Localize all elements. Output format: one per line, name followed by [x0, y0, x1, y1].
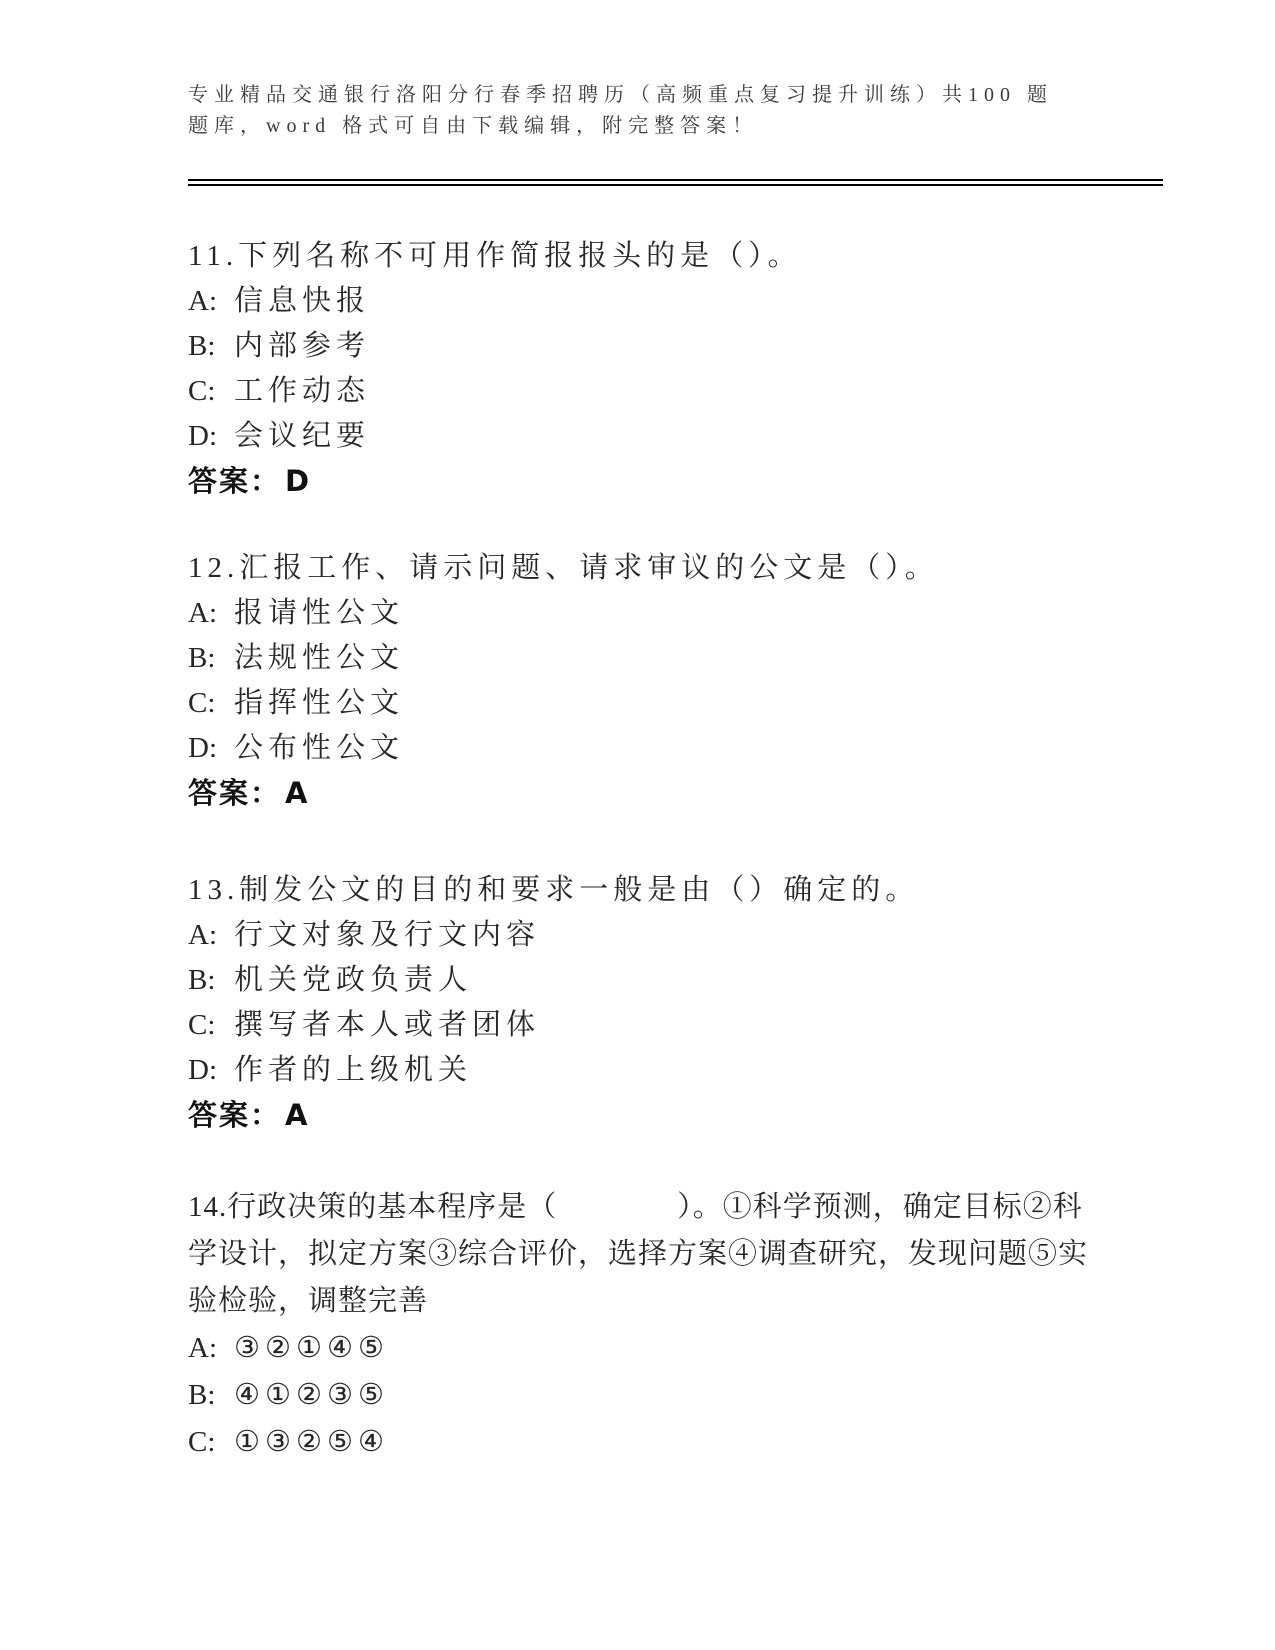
option-b-text: 内部参考: [234, 330, 370, 362]
option-c-label: C:: [188, 1003, 234, 1048]
question-14: 14.行政决策的基本程序是（ ）。①科学预测，确定目标②科 学设计，拟定方案③综…: [188, 1184, 1118, 1466]
option-b-label: B:: [188, 324, 234, 369]
option-c-text: 撰写者本人或者团体: [234, 1009, 540, 1041]
option-b-label: B:: [188, 636, 234, 681]
question-12: 12.汇报工作、请示问题、请求审议的公文是（）。 A:报请性公文 B:法规性公文…: [188, 546, 1118, 816]
option-c-label: C:: [188, 1419, 234, 1466]
question-13-text: 13.制发公文的目的和要求一般是由（）确定的。: [188, 868, 1118, 913]
question-11-option-d: D:会议纪要: [188, 414, 1118, 459]
question-13-option-b: B:机关党政负责人: [188, 958, 1118, 1003]
option-b-label: B:: [188, 958, 234, 1003]
header-title-line-2: 题库，word 格式可自由下载编辑，附完整答案！: [188, 111, 1163, 142]
question-12-answer-line: 答案：A: [188, 771, 1118, 816]
question-11: 11.下列名称不可用作简报报头的是（）。 A:信息快报 B:内部参考 C:工作动…: [188, 234, 1118, 504]
question-11-text: 11.下列名称不可用作简报报头的是（）。: [188, 234, 1118, 279]
question-12-option-c: C:指挥性公文: [188, 681, 1118, 726]
question-11-answer-line: 答案：D: [188, 459, 1118, 504]
option-c-text: 指挥性公文: [234, 687, 404, 719]
answer-label: 答案：: [188, 776, 281, 810]
question-11-option-a: A:信息快报: [188, 279, 1118, 324]
question-14-option-b: B:④①②③⑤: [188, 1372, 1118, 1419]
option-d-text: 公布性公文: [234, 732, 404, 764]
question-12-option-d: D:公布性公文: [188, 726, 1118, 771]
option-d-label: D:: [188, 1048, 234, 1093]
answer-value: D: [285, 464, 311, 498]
option-b-text: 机关党政负责人: [234, 964, 472, 996]
option-c-label: C:: [188, 681, 234, 726]
answer-value: A: [285, 776, 309, 810]
option-a-text: ③②①④⑤: [234, 1332, 389, 1364]
question-11-option-b: B:内部参考: [188, 324, 1118, 369]
question-13-answer-line: 答案：A: [188, 1093, 1118, 1138]
option-c-text: ①③②⑤④: [234, 1426, 389, 1458]
option-b-text: ④①②③⑤: [234, 1379, 389, 1411]
option-b-text: 法规性公文: [234, 642, 404, 674]
question-13-option-c: C:撰写者本人或者团体: [188, 1003, 1118, 1048]
answer-value: A: [285, 1098, 309, 1132]
question-11-option-c: C:工作动态: [188, 369, 1118, 414]
question-12-option-b: B:法规性公文: [188, 636, 1118, 681]
option-a-text: 报请性公文: [234, 597, 404, 629]
question-14-option-a: A:③②①④⑤: [188, 1325, 1118, 1372]
option-d-text: 作者的上级机关: [234, 1054, 472, 1086]
question-13-option-d: D:作者的上级机关: [188, 1048, 1118, 1093]
answer-label: 答案：: [188, 1098, 281, 1132]
option-d-label: D:: [188, 414, 234, 459]
header-double-rule: [188, 179, 1163, 186]
document-header: 专业精品交通银行洛阳分行春季招聘历（高频重点复习提升训练）共100 题 题库，w…: [188, 80, 1163, 142]
header-title-line-1: 专业精品交通银行洛阳分行春季招聘历（高频重点复习提升训练）共100 题: [188, 80, 1163, 111]
question-13-option-a: A:行文对象及行文内容: [188, 913, 1118, 958]
option-a-text: 行文对象及行文内容: [234, 919, 540, 951]
option-c-text: 工作动态: [234, 375, 370, 407]
option-c-label: C:: [188, 369, 234, 414]
option-a-label: A:: [188, 591, 234, 636]
option-a-text: 信息快报: [234, 285, 370, 317]
option-b-label: B:: [188, 1372, 234, 1419]
question-12-option-a: A:报请性公文: [188, 591, 1118, 636]
option-d-label: D:: [188, 726, 234, 771]
question-13: 13.制发公文的目的和要求一般是由（）确定的。 A:行文对象及行文内容 B:机关…: [188, 868, 1118, 1138]
option-d-text: 会议纪要: [234, 420, 370, 452]
question-14-text-line-1: 14.行政决策的基本程序是（ ）。①科学预测，确定目标②科: [188, 1184, 1118, 1231]
document-page: 专业精品交通银行洛阳分行春季招聘历（高频重点复习提升训练）共100 题 题库，w…: [0, 0, 1275, 1650]
question-14-option-c: C:①③②⑤④: [188, 1419, 1118, 1466]
question-14-text-line-3: 验检验，调整完善: [188, 1278, 1118, 1325]
question-12-text: 12.汇报工作、请示问题、请求审议的公文是（）。: [188, 546, 1118, 591]
answer-label: 答案：: [188, 464, 281, 498]
option-a-label: A:: [188, 913, 234, 958]
option-a-label: A:: [188, 1325, 234, 1372]
option-a-label: A:: [188, 279, 234, 324]
question-14-text-line-2: 学设计，拟定方案③综合评价，选择方案④调查研究，发现问题⑤实: [188, 1231, 1118, 1278]
